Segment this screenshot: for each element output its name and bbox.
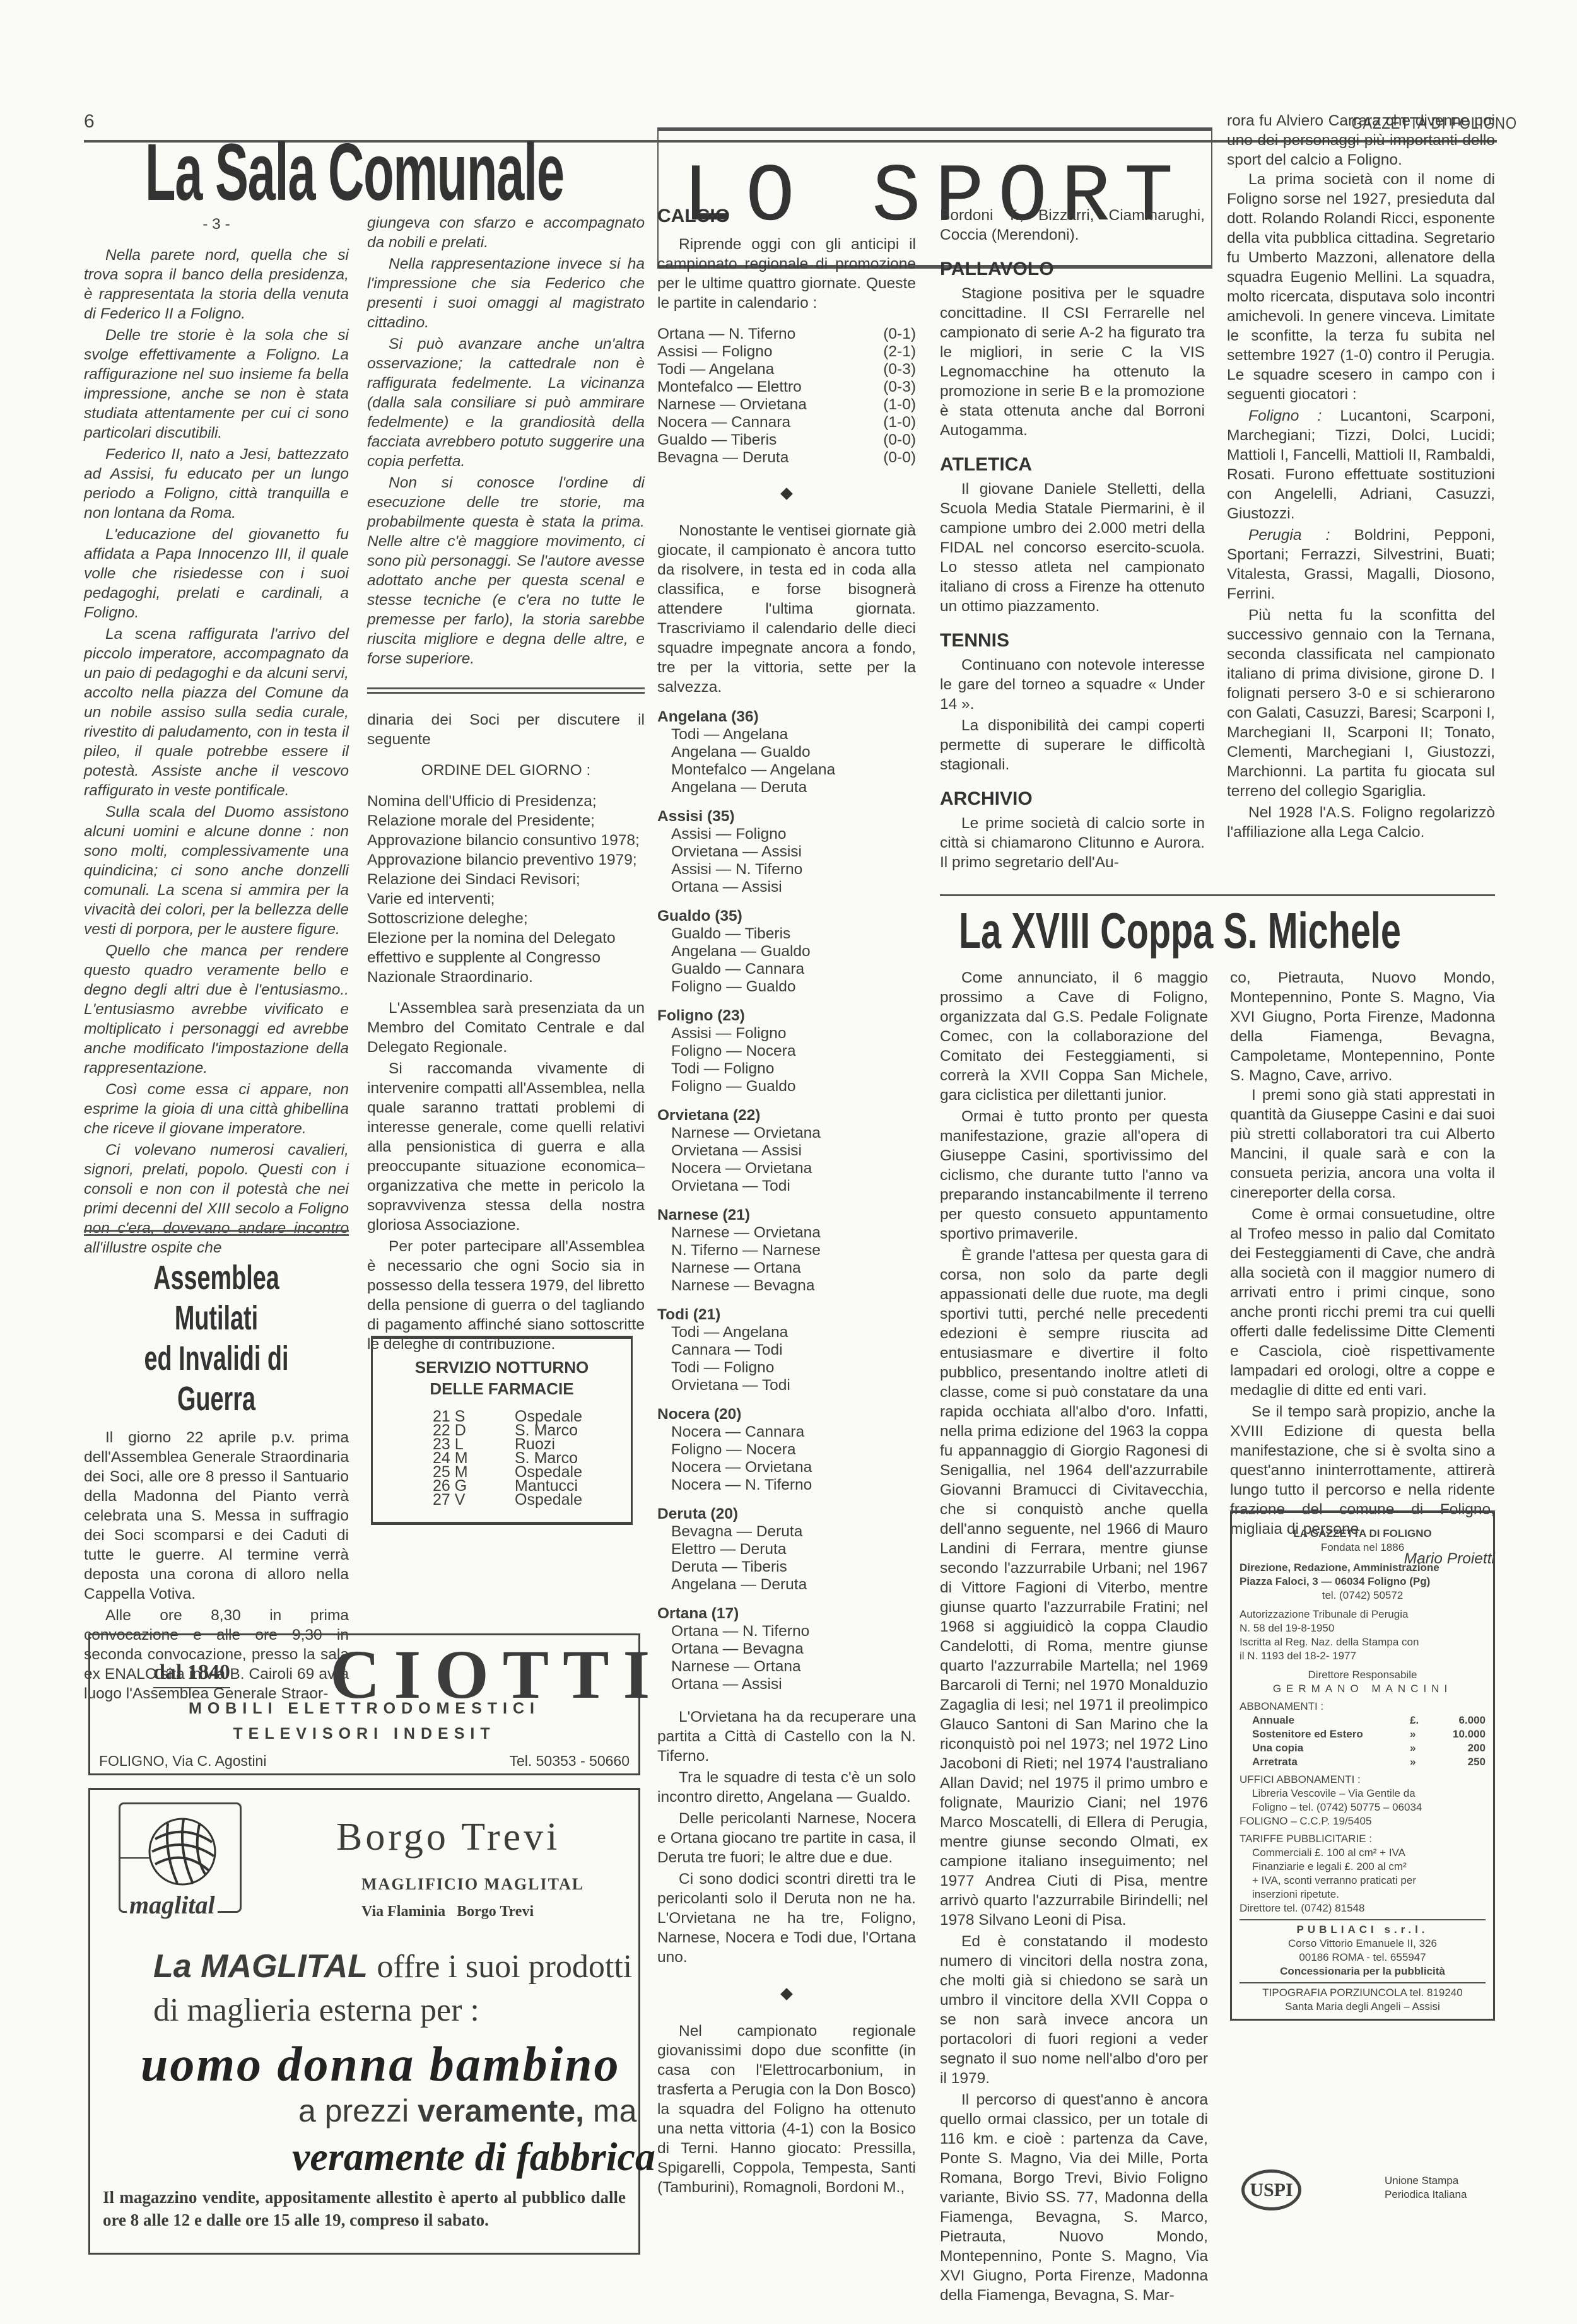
fixture-row: Ortana — N. Tiferno(0-1) (657, 325, 916, 343)
paragraph: Tra le squadre di testa c'è un solo inco… (657, 1768, 916, 1807)
section-divider (84, 1230, 349, 1236)
paragraph: Non si conosce l'ordine di esecuzione de… (367, 473, 645, 669)
agenda-item: Approvazione bilancio consuntivo 1978; (367, 831, 645, 850)
maglital-company: MAGLIFICIO MAGLITAL (361, 1875, 584, 1894)
section-heading-tennis: TENNIS (940, 630, 1205, 651)
pharmacy-list: 21 SOspedale 22 DS. Marco 23 LRuozi 24 M… (433, 1410, 631, 1507)
fixture-row: Todi — Angelana(0-3) (657, 361, 916, 378)
paragraph: Bordoni T., Bizzarri, Ciammarughi, Cocci… (940, 206, 1205, 245)
paragraph: Continuano con notevole interesse le gar… (940, 655, 1205, 714)
article-title-assemblea: Assemblea Mutilati ed Invalidi di Guerra (84, 1258, 349, 1419)
masthead-title: LA GAZZETTA DI FOLIGNO (1293, 1527, 1431, 1539)
pharmacy-box-title-1: SERVIZIO NOTTURNO (373, 1357, 631, 1378)
maglital-line3: uomo donna bambino (141, 2036, 621, 2093)
paragraph: Il percorso di quest'anno è ancora quell… (940, 2090, 1208, 2305)
coppa-col2: co, Pietrauta, Nuovo Mondo, Montepennino… (1230, 968, 1495, 1568)
subscription-row: Annuale£.6.000 (1240, 1714, 1486, 1727)
team-heading: Nocera (20) (657, 1406, 916, 1423)
uspi-caption: Unione Stampa Periodica Italiana (1385, 2174, 1467, 2202)
section-heading-archivio: ARCHIVIO (940, 788, 1205, 810)
paragraph: Così come essa ci appare, non esprime la… (84, 1080, 349, 1138)
director-name: GERMANO MANCINI (1240, 1682, 1486, 1696)
sport-col1: CALCIO Riprende oggi con gli anticipi il… (657, 206, 916, 2199)
subscription-row: Arretrata»250 (1240, 1755, 1486, 1769)
paragraph: Sulla scala del Duomo assistono alcuni u… (84, 802, 349, 939)
advert-ciotti: dal 1840 CIOTTI MOBILI ELETTRODOMESTICI … (88, 1633, 640, 1775)
paragraph: Ed è constatando il modesto numero di vi… (940, 1932, 1208, 2088)
paragraph: Stagione positiva per le squadre concitt… (940, 284, 1205, 440)
fixture-row: Gualdo — Tiberis(0-0) (657, 431, 916, 449)
team-heading: Orvietana (22) (657, 1107, 916, 1124)
paragraph: La disponibilità dei campi coperti perme… (940, 716, 1205, 774)
sport-col3: rora fu Alviero Carrara che divenne poi … (1227, 111, 1495, 844)
team-heading: Foligno (23) (657, 1007, 916, 1025)
team-heading: Deruta (20) (657, 1505, 916, 1523)
paragraph: La prima società con il nome di Foligno … (1227, 170, 1495, 404)
diamond-separator-icon (780, 488, 793, 500)
advert-maglital: maglital Borgo Trevi MAGLIFICIO MAGLITAL… (88, 1788, 640, 2255)
sala-comunale-col2: giungeva con sfarzo e accompagnato da no… (367, 213, 645, 1356)
team-heading: Narnese (21) (657, 1206, 916, 1224)
section-divider (940, 894, 1495, 896)
team-heading: Ortana (17) (657, 1605, 916, 1623)
pharmacy-row: 27 VOspedale (433, 1493, 631, 1507)
maglital-footer: Il magazzino vendite, appositamente alle… (103, 2186, 626, 2231)
paragraph: co, Pietrauta, Nuovo Mondo, Montepennino… (1230, 968, 1495, 1085)
article-title-sala-comunale: La Sala Comunale (145, 126, 450, 219)
maglital-line4: a prezzi veramente, ma (298, 2093, 636, 2129)
maglital-logo: maglital (119, 1802, 242, 1913)
paragraph: Nonostante le ventisei giornate già gioc… (657, 521, 916, 697)
paragraph: Più netta fu la sconfitta del successivo… (1227, 605, 1495, 801)
paragraph: Nel campionato regionale giovanissimi do… (657, 2021, 916, 2197)
fixture-row: Bevagna — Deruta(0-0) (657, 449, 916, 467)
team-heading: Gualdo (35) (657, 908, 916, 925)
paragraph: Perugia : Boldrini, Pepponi, Sportani; F… (1227, 525, 1495, 604)
fixture-row: Narnese — Orvietana(1-0) (657, 396, 916, 414)
maglital-line5: veramente di fabbrica (292, 2134, 655, 2180)
paragraph: Nella parete nord, quella che si trova s… (84, 245, 349, 324)
paragraph: Come è ormai consuetudine, oltre al Trof… (1230, 1205, 1495, 1400)
paragraph: rora fu Alviero Carrara che divenne poi … (1227, 111, 1495, 170)
paragraph: Ormai è tutto pronto per questa manifest… (940, 1107, 1208, 1244)
team-schedules: Angelana (36) Todi — AngelanaAngelana — … (657, 708, 916, 1693)
paragraph: Foligno : Lucantoni, Scarponi, Marchegia… (1227, 406, 1495, 523)
team-heading: Todi (21) (657, 1306, 916, 1324)
ciotti-brand: CIOTTI (330, 1643, 664, 1706)
paragraph: Nella rappresentazione invece si ha l'im… (367, 254, 645, 332)
subscription-row: Sostenitore ed Estero»10.000 (1240, 1727, 1486, 1741)
maglital-line1: La MAGLITAL offre i suoi prodotti (153, 1947, 632, 1985)
section-heading-calcio: CALCIO (657, 206, 916, 227)
ciotti-line2: TELEVISORI INDESIT (90, 1725, 638, 1743)
paragraph: I premi sono già stati apprestati in qua… (1230, 1085, 1495, 1203)
diamond-separator-icon (780, 1988, 793, 2000)
paragraph: giungeva con sfarzo e accompagnato da no… (367, 213, 645, 252)
sport-col2: Bordoni T., Bizzarri, Ciammarughi, Cocci… (940, 206, 1205, 874)
agenda-item: Approvazione bilancio preventivo 1979; (367, 850, 645, 870)
paragraph: La scena raffigurata l'arrivo del piccol… (84, 624, 349, 800)
coppa-col1: Come annunciato, il 6 maggio prossimo a … (940, 968, 1208, 2307)
section-divider (367, 687, 645, 694)
agenda-list: Nomina dell'Ufficio di Presidenza; Relaz… (367, 791, 645, 987)
agenda-item: Nomina dell'Ufficio di Presidenza; (367, 791, 645, 811)
ciotti-address: FOLIGNO, Via C. Agostini (99, 1753, 266, 1770)
page-number: 6 (84, 111, 95, 132)
paragraph: dinaria dei Soci per discutere il seguen… (367, 710, 645, 749)
agenda-item: Varie ed interventi; (367, 889, 645, 909)
fixture-row: Assisi — Foligno(2-1) (657, 343, 916, 361)
fixture-row: Montefalco — Elettro(0-3) (657, 378, 916, 396)
ciotti-since: dal 1840 (153, 1661, 230, 1688)
paragraph: Il giovane Daniele Stelletti, della Scuo… (940, 479, 1205, 616)
paragraph: Le prime società di calcio sorte in citt… (940, 814, 1205, 872)
uspi-logo: USPI (1241, 2169, 1301, 2210)
paragraph: Si può avanzare anche un'altra osservazi… (367, 334, 645, 471)
maglital-logo-text: maglital (127, 1890, 218, 1920)
ciotti-phone: Tel. 50353 - 50660 (509, 1753, 630, 1770)
paragraph: L'educazione del giovanetto fu affidata … (84, 525, 349, 622)
agenda-item: Relazione dei Sindaci Revisori; (367, 870, 645, 889)
pharmacy-box-title-2: DELLE FARMACIE (373, 1378, 631, 1399)
maglital-street: Via Flaminia Borgo Trevi (361, 1903, 534, 1920)
agenda-item: Relazione morale del Presidente; (367, 811, 645, 831)
maglital-line2: di maglieria esterna per : (153, 1992, 479, 2029)
paragraph: Riprende oggi con gli anticipi il campio… (657, 235, 916, 313)
fixture-row: Nocera — Cannara(1-0) (657, 414, 916, 431)
paragraph: Si raccomanda vivamente di intervenire c… (367, 1059, 645, 1235)
section-heading-pallavolo: PALLAVOLO (940, 259, 1205, 280)
section-heading-atletica: ATLETICA (940, 454, 1205, 476)
paragraph: L'Assemblea sarà presenziata da un Membr… (367, 998, 645, 1057)
sala-comunale-col1: - 3 - Nella parete nord, quella che si t… (84, 214, 349, 1259)
paragraph: È grande l'attesa per questa gara di cor… (940, 1246, 1208, 1930)
paragraph: Ci sono dodici scontri diretti tra le pe… (657, 1869, 916, 1967)
subscription-row: Una copia»200 (1240, 1741, 1486, 1755)
paragraph: Quello che manca per rendere questo quad… (84, 941, 349, 1078)
paragraph: L'Orvietana ha da recuperare una partita… (657, 1707, 916, 1766)
paragraph: Il giorno 22 aprile p.v. prima dell'Asse… (84, 1428, 349, 1604)
article-part-number: - 3 - (84, 214, 349, 234)
fixtures-list: Ortana — N. Tiferno(0-1) Assisi — Folign… (657, 325, 916, 467)
paragraph: Federico II, nato a Jesi, battezzato ad … (84, 445, 349, 523)
article-title-coppa: La XVIII Coppa S. Michele (959, 902, 1401, 960)
team-heading: Assisi (35) (657, 808, 916, 826)
ciotti-line1: MOBILI ELETTRODOMESTICI (90, 1700, 638, 1718)
masthead-founded: Fondata nel 1886 (1240, 1541, 1486, 1555)
masthead-box: LA GAZZETTA DI FOLIGNO Fondata nel 1886 … (1230, 1510, 1495, 2021)
paragraph: Nel 1928 l'A.S. Foligno regolarizzò l'af… (1227, 803, 1495, 842)
agenda-item: Sottoscrizione deleghe; (367, 909, 645, 928)
team-heading: Angelana (36) (657, 708, 916, 726)
agenda-title: ORDINE DEL GIORNO : (367, 761, 645, 780)
agenda-item: Elezione per la nomina del Delegato effe… (367, 928, 645, 987)
paragraph: Come annunciato, il 6 maggio prossimo a … (940, 968, 1208, 1105)
paragraph: Delle pericolanti Narnese, Nocera e Orta… (657, 1809, 916, 1867)
pharmacy-night-service-box: SERVIZIO NOTTURNO DELLE FARMACIE 21 SOsp… (371, 1336, 633, 1525)
paragraph: Delle tre storie è la sola che si svolge… (84, 325, 349, 443)
maglital-place: Borgo Trevi (336, 1815, 560, 1860)
